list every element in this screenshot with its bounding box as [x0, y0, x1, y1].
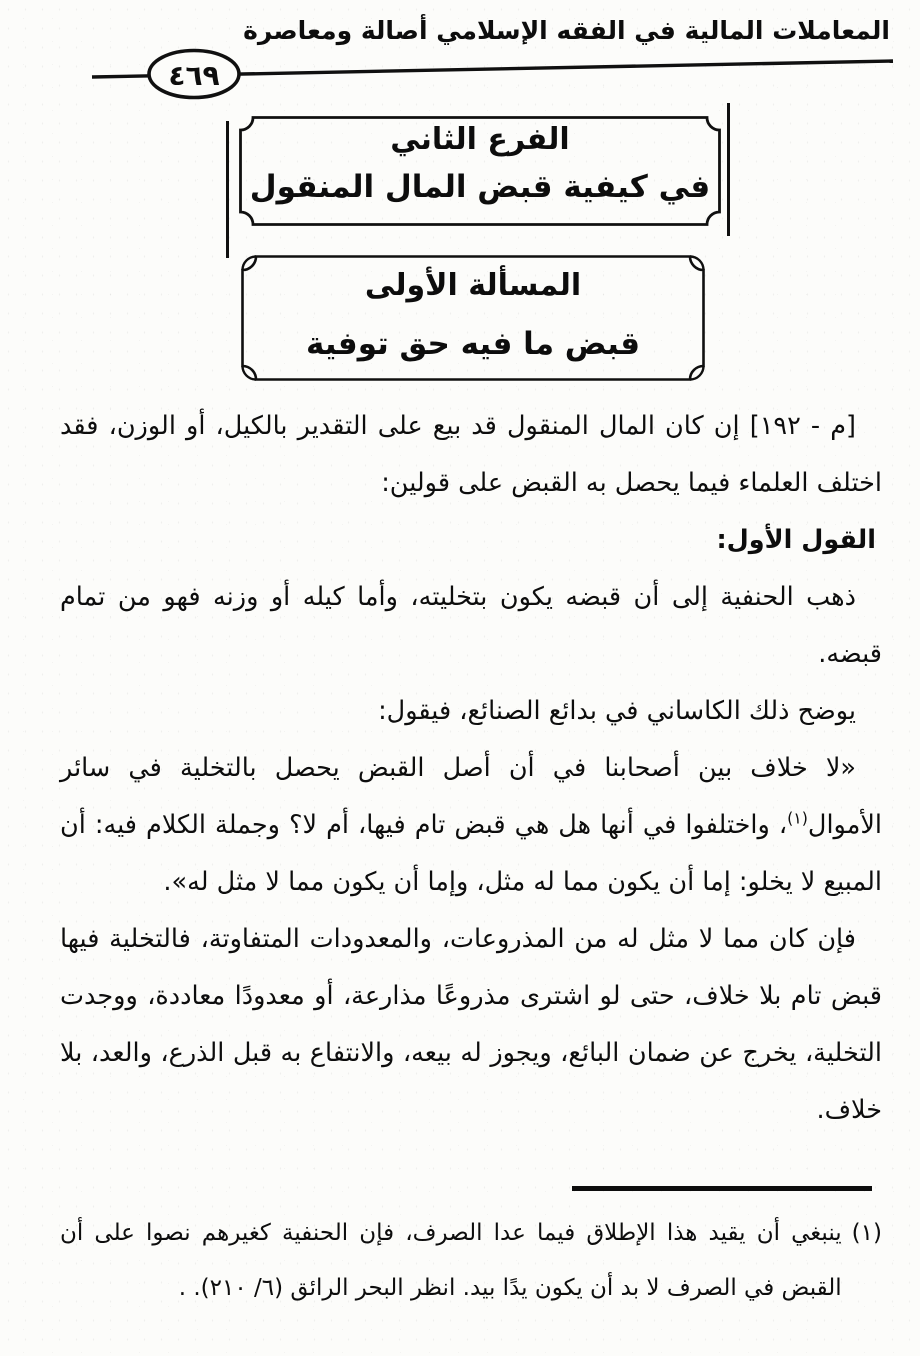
paragraph-kasani-intro: يوضح ذلك الكاساني في بدائع الصنائع، فيقو… — [60, 683, 882, 740]
section-title-line1: الفرع الثاني — [238, 122, 722, 157]
paragraph-no-equivalent: فإن كان مما لا مثل له من المذروعات، والم… — [60, 911, 882, 1139]
footnote-divider — [572, 1186, 872, 1191]
first-opinion-heading: القول الأول: — [60, 512, 882, 569]
footnote-marker: (١) — [852, 1206, 882, 1261]
book-page: المعاملات المالية في الفقه الإسلامي أصال… — [0, 0, 920, 1356]
issue-box: المسألة الأولى قبض ما فيه حق توفية — [240, 254, 706, 382]
paragraph-kasani-quote: «لا خلاف بين أصحابنا في أن أصل القبض يحص… — [60, 740, 882, 911]
footnote-text: ينبغي أن يقيد هذا الإطلاق فيما عدا الصرف… — [60, 1206, 842, 1316]
footnote: (١) ينبغي أن يقيد هذا الإطلاق فيما عدا ا… — [60, 1206, 882, 1316]
footnote-ref-1: (١) — [787, 809, 808, 828]
body-text: [م - ١٩٢] إن كان المال المنقول قد بيع عل… — [60, 398, 882, 1139]
issue-title-line2: قبض ما فيه حق توفية — [240, 326, 706, 362]
section-box: الفرع الثاني في كيفية قبض المال المنقول — [238, 115, 722, 227]
issue-title-line1: المسألة الأولى — [240, 268, 706, 303]
quote-part2: ، واختلفوا في أنها هل هي قبض تام فيها، أ… — [60, 810, 882, 897]
page-number-badge: ٤٦٩ — [149, 59, 239, 92]
paragraph-hanafi-view: ذهب الحنفية إلى أن قبضه يكون بتخليته، وأ… — [60, 569, 882, 683]
plaque-side-rule-left — [226, 121, 229, 258]
section-title-line2: في كيفية قبض المال المنقول — [238, 169, 722, 205]
paragraph-intro: [م - ١٩٢] إن كان المال المنقول قد بيع عل… — [60, 398, 882, 512]
plaque-side-rule-right — [727, 103, 730, 236]
book-title: المعاملات المالية في الفقه الإسلامي أصال… — [243, 16, 890, 45]
